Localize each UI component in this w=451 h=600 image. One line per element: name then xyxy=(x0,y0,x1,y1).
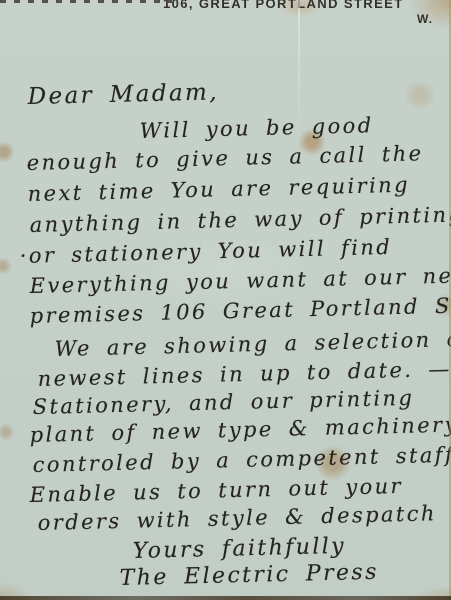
signature: The Electric Press xyxy=(119,560,379,591)
letter-line: We are showing a selection of xyxy=(54,327,451,361)
letter-line: Will you be good xyxy=(139,113,373,143)
cutoff-print-fragment xyxy=(0,0,172,3)
paper-bottom-edge xyxy=(0,596,451,600)
letter-line: anything in the way of printing xyxy=(29,202,451,237)
letter-line: ·or stationery You will find xyxy=(19,235,392,268)
letterhead-address: 106, GREAT PORTLAND STREET xyxy=(163,0,404,11)
letter-scan: 106, GREAT PORTLAND STREET W. Dear Madam… xyxy=(0,0,451,600)
letter-line: Everything you want at our new xyxy=(29,263,451,298)
letter-line: plant of new type & machinery xyxy=(29,413,451,447)
letter-line: Enable us to turn out your xyxy=(29,474,403,507)
closing: Yours faithfully xyxy=(132,534,346,564)
letter-line: orders with style & despatch xyxy=(37,501,437,535)
letter-line: premises 106 Great Portland Stʳ xyxy=(29,293,451,328)
letterhead-district: W. xyxy=(417,12,433,26)
salutation: Dear Madam, xyxy=(27,79,219,110)
letter-line: controled by a competent staff, xyxy=(32,442,451,477)
letter-line: enough to give us a call the xyxy=(26,141,423,175)
letter-line: next time You are requiring xyxy=(27,173,410,206)
